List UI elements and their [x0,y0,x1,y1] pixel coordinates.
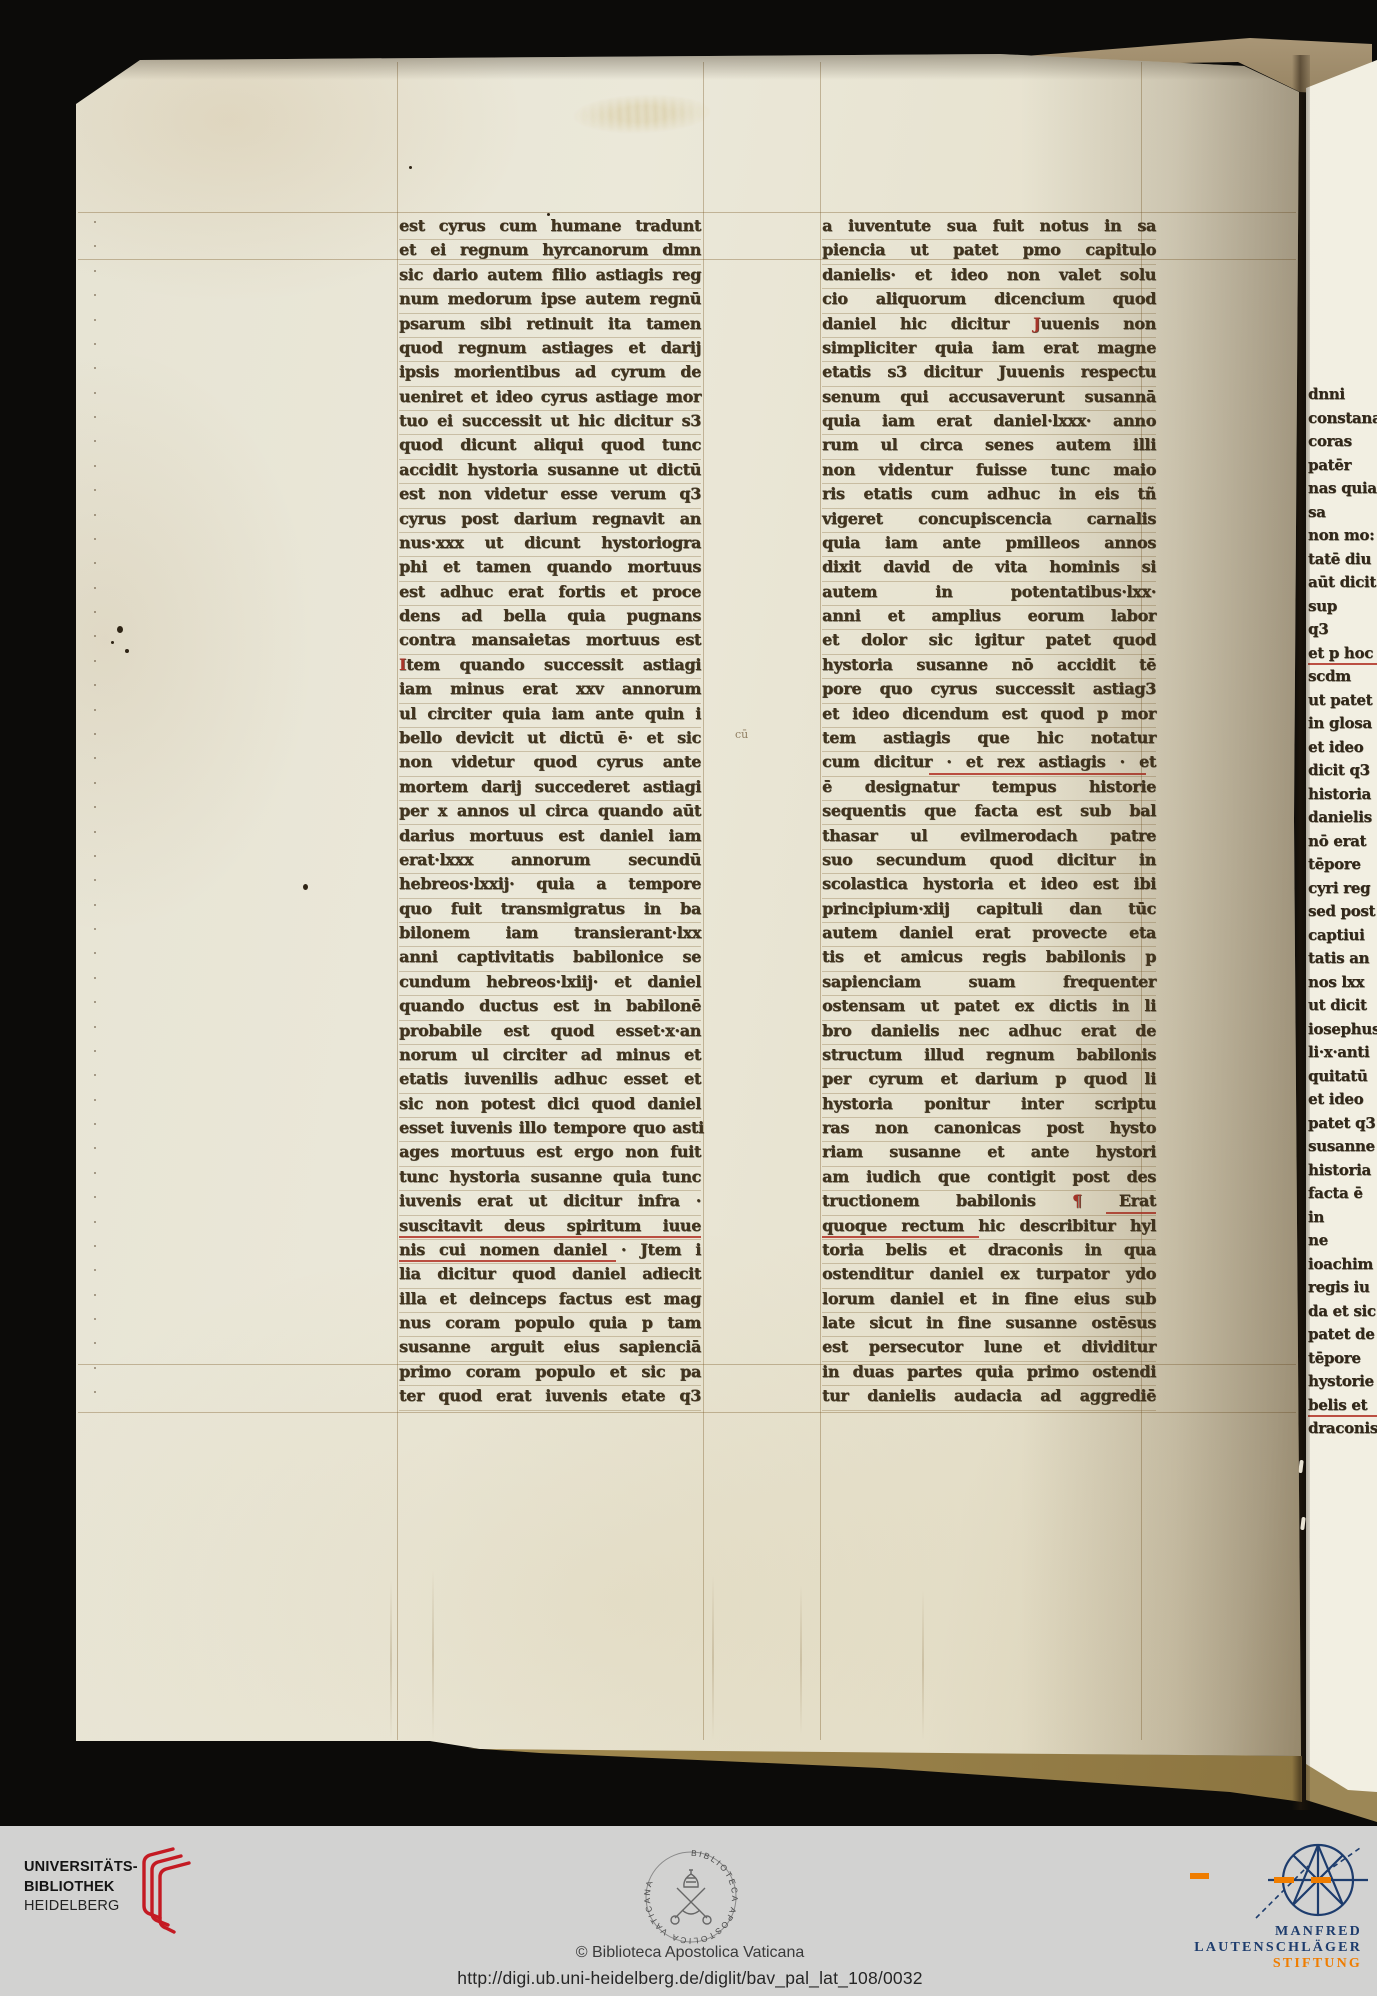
facing-page-text-fragment: q3 notatur [1308,618,1377,642]
manuscript-text-line: nus·xxx ut dicunt hystoriogra [399,532,701,557]
facing-page-text-fragment: quitatū [1308,1065,1377,1089]
manuscript-text-line: non videtur quod cyrus ante [399,751,701,776]
parchment-vein [922,1590,924,1740]
facing-page-text-fragment: in babilo [1308,1206,1377,1230]
pricking-dot [94,1318,96,1320]
manuscript-text-line: est non videtur esse verum q3 [399,483,701,508]
pricking-dot [94,660,96,662]
pricking-dot [94,782,96,784]
pricking-dot [94,1123,96,1125]
binding-stitch [1300,1517,1306,1530]
manuscript-text-line: contra mansaietas mortuus est [399,629,701,654]
pricking-dot [94,928,96,930]
pricking-dot [94,1050,96,1052]
pricking-dot [94,270,96,272]
facing-page-text-fragment: et ideo [1308,736,1377,760]
ink-speck [409,166,412,169]
manuscript-text-line: ipsis morientibus ad cyrum de [399,361,701,386]
pricking-dot [94,1196,96,1198]
facing-page-text-fragment: facta ē [1308,1182,1377,1206]
manuscript-text-line: illa et deinceps factus est mag [399,1288,701,1313]
red-underline [399,1260,616,1262]
pricking-dot [94,1294,96,1296]
facing-page-text-fragment: constanaa· [1308,407,1377,431]
facing-page-text-fragment: ne tēpore [1308,1229,1377,1253]
pricking-dot [94,465,96,467]
facing-page-text-fragment: nas quia [1308,477,1377,501]
manuscript-text-line: tunc hystoria susanne quia tunc [399,1166,701,1191]
facing-page-text-fragment: sa tamelu [1308,501,1377,525]
manuscript-text-line: primo coram populo et sic pa [399,1361,701,1386]
pricking-dot [94,1172,96,1174]
pricking-dot [94,1026,96,1028]
pricking-dot [94,587,96,589]
pricking-dot [94,952,96,954]
facing-page-text-fragment: sup illud [1308,595,1377,619]
facing-page-text-fragment: non mo: [1308,524,1377,548]
manuscript-text-line: norum ul circiter ad minus et [399,1044,701,1069]
facing-page-text-fragment: tēpore [1308,1347,1377,1371]
pricking-dot [94,904,96,906]
red-underline [399,1236,701,1238]
facing-page-text-fragment: da et sic [1308,1300,1377,1324]
manuscript-text-line: phi et tamen quando mortuus [399,556,701,581]
facing-page-text-fragment: dnni ardu [1308,383,1377,407]
pricking-dot [94,757,96,759]
lautenschlaeger-stiftung-logo-icon [1248,1836,1377,1922]
pricking-dot [94,319,96,321]
svg-text:BIBLIOTECA APOSTOLICA VATICANA: BIBLIOTECA APOSTOLICA VATICANA [642,1848,740,1946]
facing-page-text-fragment: dicit q3 [1308,759,1377,783]
library-name-line3: HEIDELBERG [24,1897,138,1917]
manuscript-text-line: lia dicitur quod daniel adiecit [399,1263,701,1288]
manuscript-text-line: ages mortuus est ergo non fuit [399,1141,701,1166]
manuscript-text-line: nus coram populo quia p tam [399,1312,701,1337]
facing-page-text-fragment: tēpore [1308,853,1377,877]
manuscript-text-line: sic non potest dici quod daniel [399,1093,701,1118]
facing-page-text-fragment: nō erat [1308,830,1377,854]
manuscript-text-line: ueniret et ideo cyrus astiage mor [399,386,701,411]
facing-page-text-fragment: susanne [1308,1135,1377,1159]
pricking-dot [94,1367,96,1369]
manuscript-text-line: suscitavit deus spiritum iuue [399,1215,701,1240]
manuscript-text-line: esset iuvenis illo tempore quo asti [399,1117,701,1142]
pricking-dot [94,879,96,881]
pricking-dot [94,1342,96,1344]
pricking-dot [94,977,96,979]
facing-page-text-fragment: regis iu [1308,1276,1377,1300]
facing-page-text-fragment: aūt dicit [1308,571,1377,595]
page-curvature-shadow [1020,55,1302,1815]
facing-page-text-fragment: danielis [1308,806,1377,830]
pricking-dot [94,855,96,857]
ruling-vertical [397,62,398,1740]
manuscript-text-line: anni captivitatis babilonice se [399,946,701,971]
pricking-dot [94,538,96,540]
pricking-dot [94,440,96,442]
facing-page-text-fragment: coras pu [1308,430,1377,454]
manuscript-text-line: psarum sibi retinuit ita tamen [399,313,701,338]
ruling-vertical [703,62,704,1740]
facing-page-text-fragment: tatē diu [1308,548,1377,572]
manuscript-text-line: ter quod erat iuvenis etate q3 [399,1385,701,1410]
manuscript-text-line: sic dario autem filio astiagis reg [399,264,701,289]
manuscript-text-line: cyrus post darium regnavit an [399,508,701,533]
manuscript-text-line: quando ductus est in babilonē [399,995,701,1020]
facing-page-text-fragment: tatis an [1308,947,1377,971]
facing-page-text-fragment: hystorie [1308,1370,1377,1394]
facing-page-text-fragment: ioachim [1308,1253,1377,1277]
facing-page-text-fragment: cyri reg [1308,877,1377,901]
manuscript-text-line: darius mortuus est daniel iam [399,825,701,850]
facing-page-text-fragment: li·x·anti [1308,1041,1377,1065]
ink-blot [125,649,129,653]
pricking-dot [94,343,96,345]
manuscript-text-line: etatis iuvenilis adhuc esset et [399,1068,701,1093]
manuscript-text-line: nis cui nomen daniel · Jtem i [399,1239,701,1264]
manuscript-text-line: probabile est quod esset·x·an [399,1020,701,1045]
pricking-dot [94,831,96,833]
ub-heidelberg-logo-icon [140,1846,198,1938]
library-wordmark: UNIVERSITÄTS- BIBLIOTHEK HEIDELBERG [24,1858,138,1917]
pricking-dot [94,806,96,808]
manuscript-text-line: iam minus erat xxv annorum [399,678,701,703]
pricking-dot [94,1391,96,1393]
pricking-dot [94,489,96,491]
manuscript-text-line: quo fuit transmigratus in ba [399,898,701,923]
manuscript-text-line: susanne arguit eius sapienciā [399,1336,701,1361]
pricking-dot [94,1001,96,1003]
marginal-note: cū [735,728,748,741]
pricking-dot [94,514,96,516]
pricking-dot [94,221,96,223]
facing-page-text-fragment: historia [1308,1159,1377,1183]
pricking-dot [94,1099,96,1101]
ruling-vertical [820,62,821,1740]
parchment-vein [712,1575,714,1740]
manuscript-text-line: per x annos ul circa quando aūt [399,800,701,825]
source-url: http://digi.ub.uni-heidelberg.de/diglit/… [340,1968,1040,1989]
facing-page-text-fragment: historia [1308,783,1377,807]
pricking-dot [94,245,96,247]
foundation-name-line2: LAUTENSCHLÄGER [1150,1940,1362,1956]
manuscript-text-line: quod dicunt aliqui quod tunc [399,434,701,459]
manuscript-text-line: est cyrus cum humane tradunt [399,215,701,240]
facing-page-text-fragment: in glosa [1308,712,1377,736]
manuscript-text-line: Item quando successit astiagi [399,654,701,679]
pricking-dot [94,392,96,394]
facing-page-text-fragment: nos lxx [1308,971,1377,995]
pricking-dot [94,733,96,735]
facing-page-text-fragment: patet q3 [1308,1112,1377,1136]
manuscript-text-line: ul circiter quia iam ante quin i [399,703,701,728]
foundation-name-line3: STIFTUNG [1150,1956,1362,1972]
pricking-dot [94,709,96,711]
rubric-mark: I [399,655,406,674]
manuscript-text-line: quod regnum astiages et darij [399,337,701,362]
ink-blot [117,626,123,633]
manuscript-text-line: erat·lxxx annorum secundū [399,849,701,874]
manuscript-text-line: dens ad bella quia pugnans [399,605,701,630]
pricking-dot [94,562,96,564]
facing-page-text-fragment: iosephus [1308,1018,1377,1042]
viewer-footer: UNIVERSITÄTS- BIBLIOTHEK HEIDELBERG BIBL… [0,1826,1377,1996]
manuscript-text-line: mortem darij succederet astiagi [399,776,701,801]
facing-page-text-fragment: ut dicit [1308,994,1377,1018]
manuscript-text-line: iuvenis erat ut dicitur infra · [399,1190,701,1215]
pricking-dot [94,1269,96,1271]
stiftung-logo-dash [1190,1873,1209,1879]
pricking-dot [94,1147,96,1149]
facing-page-text-fragment: patēr bab [1308,454,1377,478]
manuscript-text-line: cundum hebreos·lxiij· et daniel [399,971,701,996]
vatican-library-seal-icon: BIBLIOTECA APOSTOLICA VATICANA [642,1848,740,1946]
pricking-dot [94,635,96,637]
pricking-dot [94,1221,96,1223]
pricking-dot [94,416,96,418]
faded-ink-stamp [571,92,712,137]
facing-page-text-fragment: et ideo [1308,1088,1377,1112]
ink-blot [303,884,308,890]
pricking-dot [94,1074,96,1076]
digitized-manuscript-scan: dnni arduconstanaa·coras pupatēr babnas … [0,0,1377,1996]
facing-page-text-fragment: ut patet [1308,689,1377,713]
parchment-vein [800,1585,802,1735]
manuscript-text-line: bello devicit ut dictū ē· et sic [399,727,701,752]
facing-page-text-fragment: draconis [1308,1417,1377,1441]
facing-page-text-fragment: patet de [1308,1323,1377,1347]
pricking-dot [94,294,96,296]
pricking-dot [94,611,96,613]
manuscript-text-line: num medorum ipse autem regnū [399,288,701,313]
ink-blot [111,641,114,644]
manuscript-text-line: et ei regnum hyrcanorum dmn [399,239,701,264]
binding-stitch [1298,1460,1304,1473]
pricking-dot [94,684,96,686]
manuscript-page: est cyrus cum humane traduntet ei regnum… [0,0,1377,1830]
facing-page-text-fragment: sed post [1308,900,1377,924]
manuscript-text-line: hebreos·lxxij· quia a tempore [399,873,701,898]
foundation-wordmark: MANFRED LAUTENSCHLÄGER STIFTUNG [1150,1924,1362,1972]
red-underline [822,1236,979,1238]
copyright-caption: © Biblioteca Apostolica Vaticana [440,1944,940,1962]
facing-page-text-fragment: scdm hoc [1308,665,1377,689]
parchment-vein [432,1570,434,1740]
parchment-vein [390,1580,392,1740]
pricking-dot [94,1245,96,1247]
library-name-line1: UNIVERSITÄTS- [24,1858,138,1878]
manuscript-text-line: tuo ei successit ut hic dicitur s3 [399,410,701,435]
pricking-dot [94,367,96,369]
manuscript-text-line: bilonem iam transierant·lxx [399,922,701,947]
foundation-name-line1: MANFRED [1150,1924,1362,1940]
facing-page-text-fragment: et p hoc [1308,642,1377,666]
library-name-line2: BIBLIOTHEK [24,1878,138,1898]
facing-page-text-fragment: belis et [1308,1394,1377,1418]
manuscript-text-line: est adhuc erat fortis et proce [399,581,701,606]
manuscript-text-line: accidit hystoria susanne ut dictū [399,459,701,484]
facing-page-text-fragment: captiui [1308,924,1377,948]
